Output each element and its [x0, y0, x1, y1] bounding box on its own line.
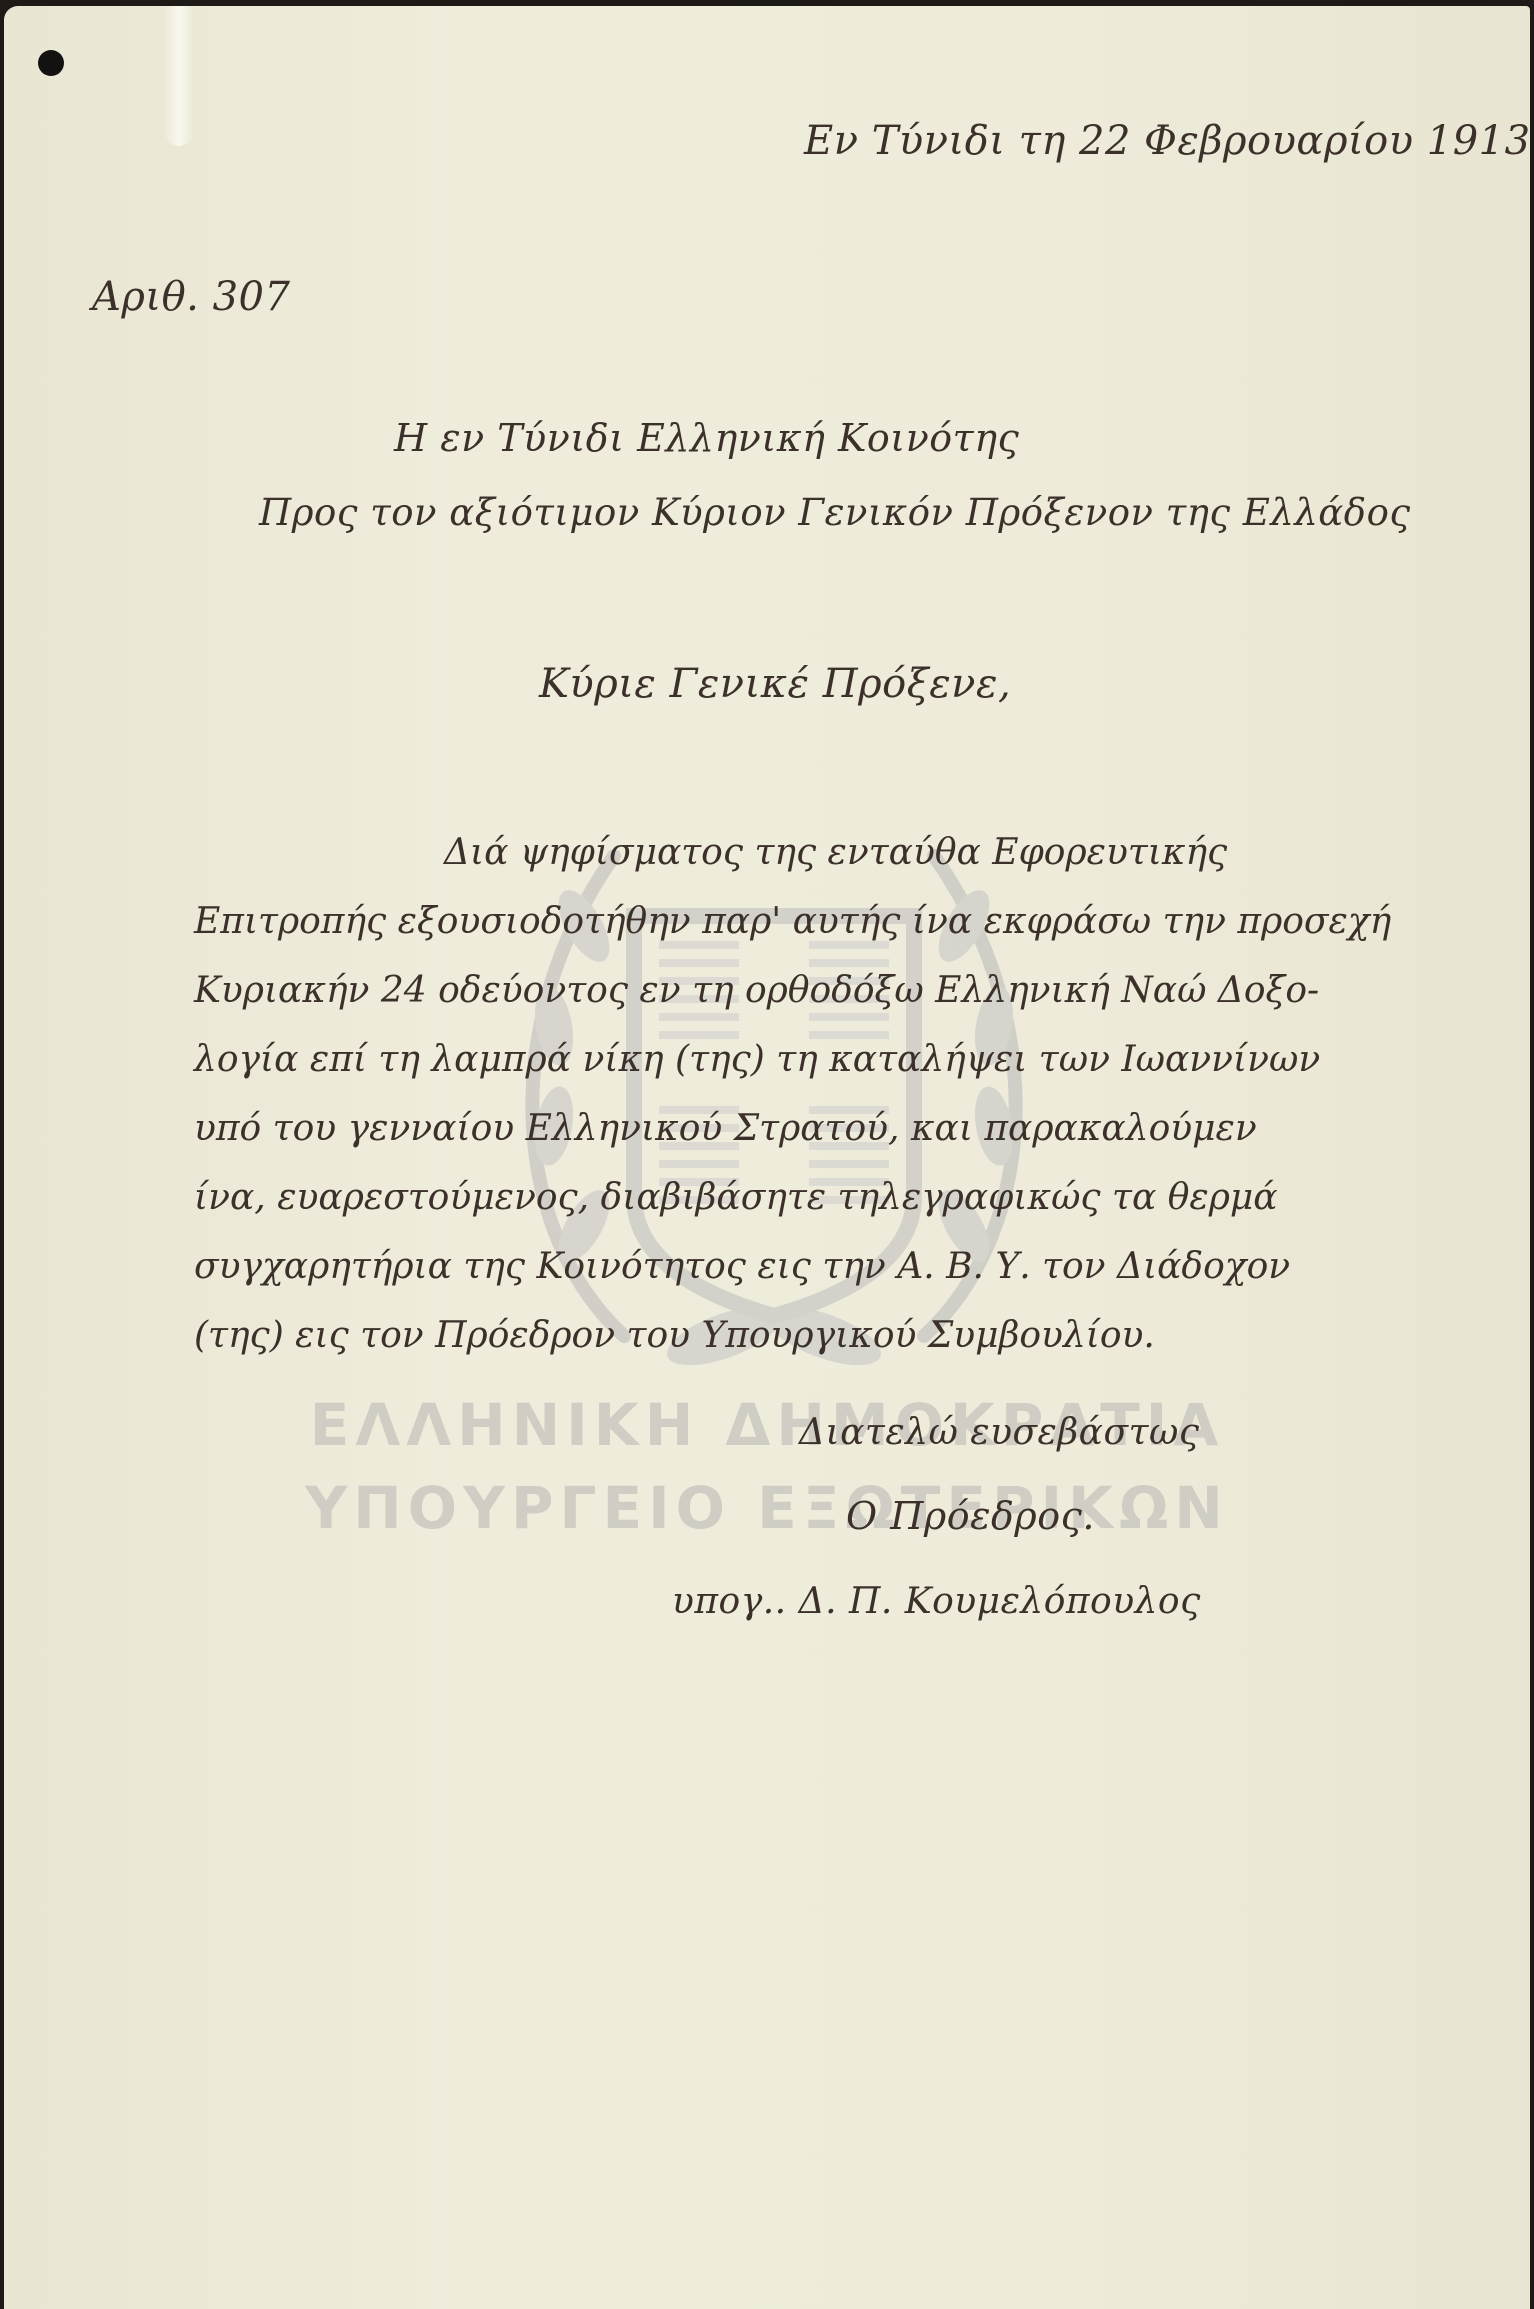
body-line: λογία επί τη λαμπρά νίκη (της) τη καταλή… [194, 1025, 1484, 1094]
punch-hole [38, 50, 64, 76]
body-line: (της) εις τον Πρόεδρον του Υπουργικού Συ… [194, 1301, 1484, 1370]
sender-line: Η εν Τύνιδι Ελληνική Κοινότης [394, 416, 1019, 460]
body-line: Κυριακήν 24 οδεύοντος εν τη ορθοδόξω Ελλ… [194, 956, 1484, 1025]
recipient-line: Προς τον αξιότιμον Κύριον Γενικόν Πρόξεν… [259, 491, 1411, 534]
salutation: Κύριε Γενικέ Πρόξενε, [539, 661, 1011, 707]
body-line: Επιτροπής εξουσιοδοτήθην παρ' αυτής ίνα … [194, 887, 1484, 956]
signer-role: Ο Πρόεδρος. [846, 1494, 1095, 1538]
letter-body: Διά ψηφίσματος της ενταύθα Εφορευτικής Ε… [194, 818, 1484, 1370]
body-line: συγχαρητήρια της Κοινότητος εις την Α. Β… [194, 1232, 1484, 1301]
body-line: υπό του γενναίου Ελληνικού Στρατού, και … [194, 1094, 1484, 1163]
watermark-line-2: ΥΠΟΥΡΓΕΙΟ ΕΞΩΤΕΡΙΚΩΝ [4, 1474, 1530, 1542]
body-line: Διά ψηφίσματος της ενταύθα Εφορευτικής [194, 818, 1484, 887]
body-line: ίνα, ευαρεστούμενος, διαβιβάσητε τηλεγρα… [194, 1163, 1484, 1232]
signature: υπογ.. Δ. Π. Κουμελόπουλος [672, 1581, 1201, 1622]
paper-fold [164, 6, 194, 146]
letter-page: ΕΛΛΗΝΙΚΗ ΔΗΜΟΚΡΑΤΙΑ ΥΠΟΥΡΓΕΙΟ ΕΞΩΤΕΡΙΚΩΝ… [4, 6, 1530, 2309]
reference-number: Αριθ. 307 [92, 274, 290, 320]
date-line: Εν Τύνιδι τη 22 Φεβρουαρίου 1913 [804, 118, 1530, 164]
watermark-line-1: ΕΛΛΗΝΙΚΗ ΔΗΜΟΚΡΑΤΙΑ [4, 1391, 1530, 1459]
closing: Διατελώ ευσεβάστως [799, 1412, 1200, 1453]
